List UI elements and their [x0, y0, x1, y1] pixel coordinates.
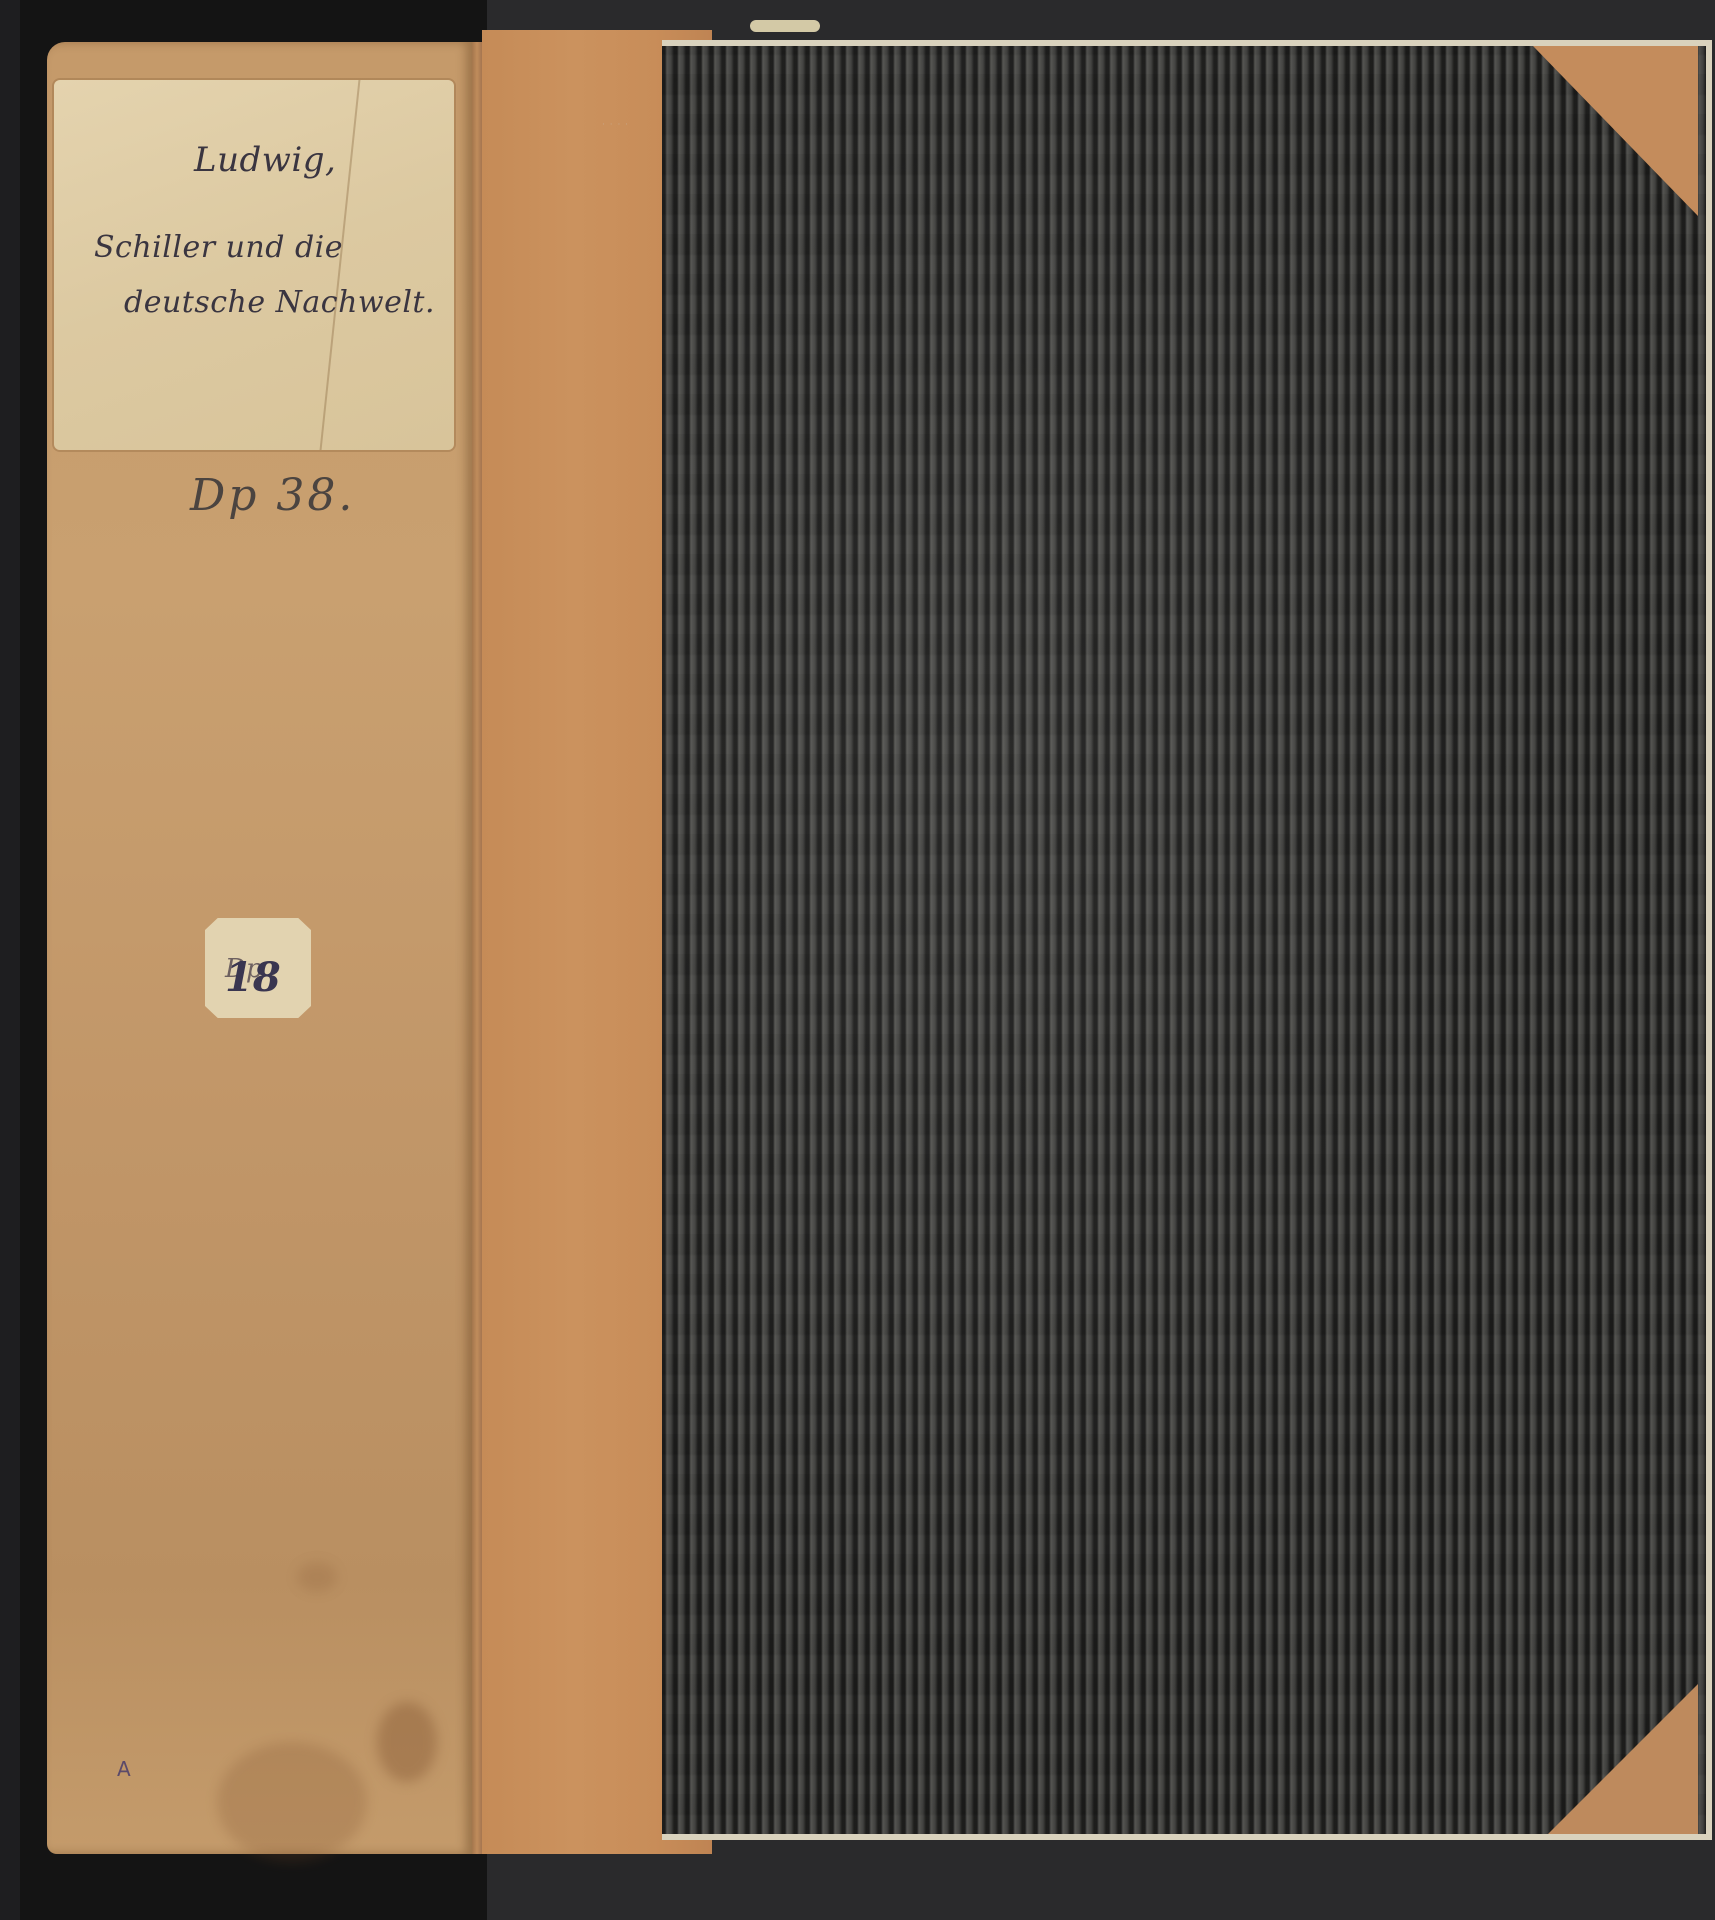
- spine-title-label: Ludwig, Schiller und die deutsche Nachwe…: [54, 80, 454, 450]
- label-author: Ludwig,: [194, 140, 336, 180]
- shelf-sticker: Dp18: [205, 918, 311, 1018]
- sticker-number: 18: [225, 954, 281, 1001]
- backdrop-left-edge: [0, 0, 20, 1920]
- label-crease: [320, 80, 361, 450]
- shelfmark: Dp 38.: [190, 470, 355, 521]
- leather-corner-bottom: [1548, 1684, 1698, 1834]
- leather-corner-top: [1533, 46, 1698, 216]
- pencil-mark: A: [117, 1757, 131, 1781]
- spine-hinge: [472, 42, 482, 1854]
- water-stain: [297, 1562, 337, 1592]
- label-title-line-2: deutsche Nachwelt.: [124, 285, 435, 320]
- label-title-line-1: Schiller und die: [94, 230, 343, 265]
- front-cover-cloth: [662, 40, 1712, 1840]
- water-stain: [217, 1742, 367, 1862]
- faint-stamp: · · · ·: [602, 120, 629, 130]
- headband: [750, 20, 820, 32]
- water-stain: [377, 1702, 437, 1782]
